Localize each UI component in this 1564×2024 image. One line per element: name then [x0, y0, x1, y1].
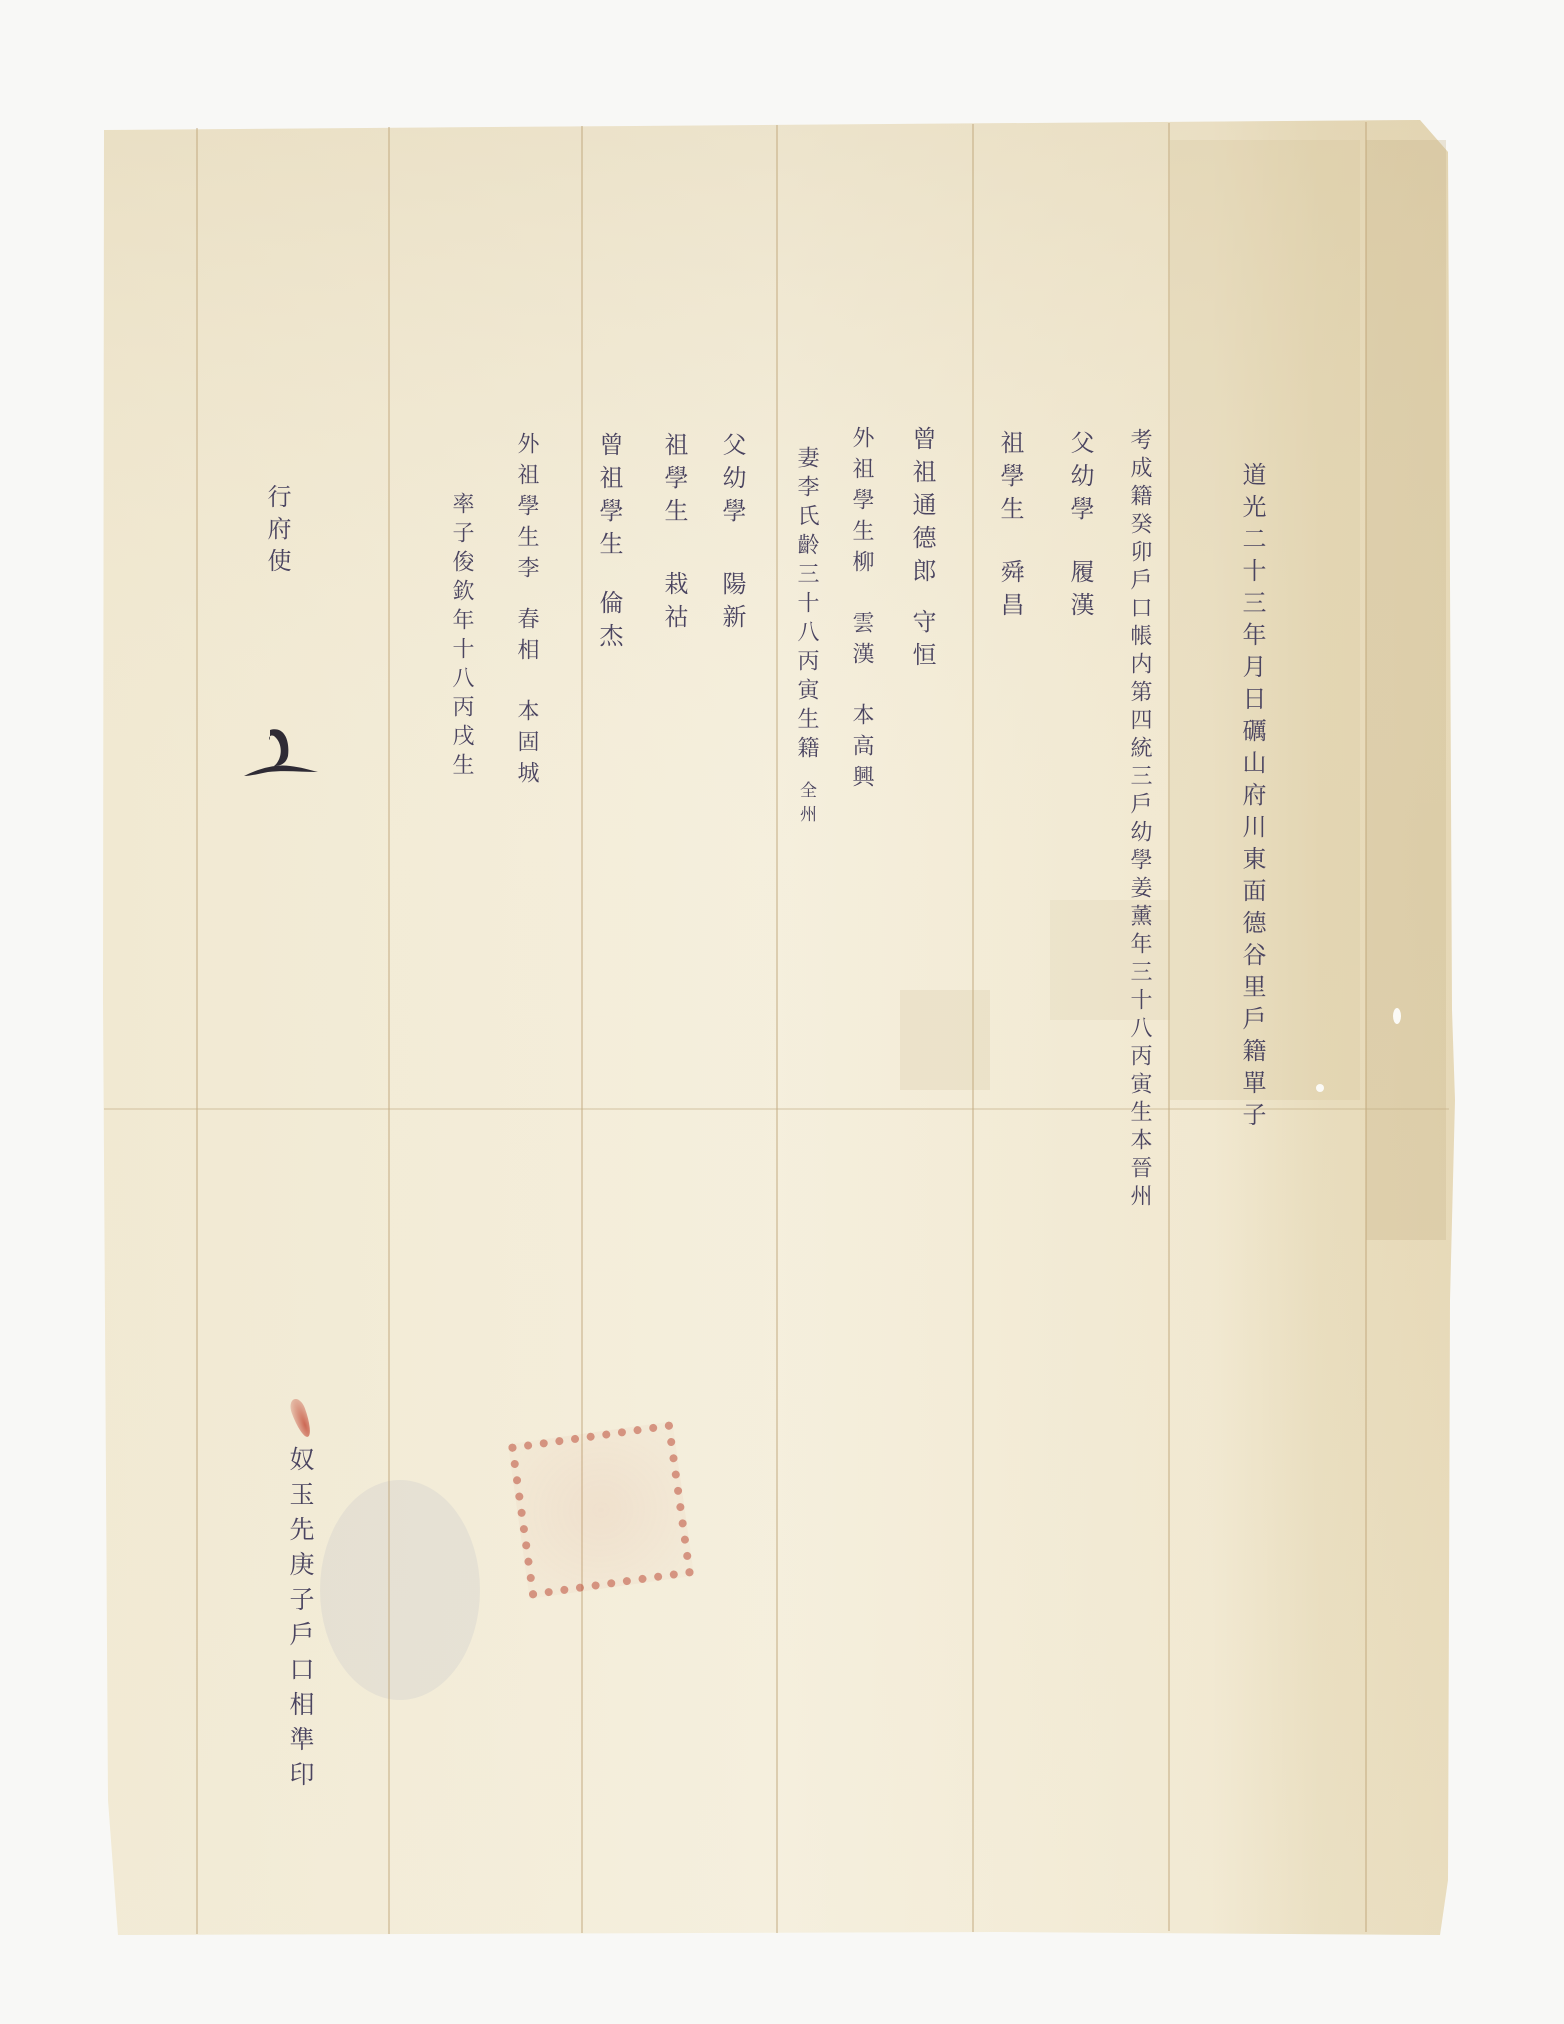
maternal-grandfather-origin: 本高興 [849, 703, 874, 796]
grandfather-label: 祖學生 [996, 430, 1024, 529]
wife-grandfather-name: 栽祜 [660, 571, 688, 637]
wife-father-name: 陽新 [718, 571, 746, 637]
father-column: 父幼學履漢 [1068, 430, 1092, 625]
header-column: 道光二十三年月日礪山府川東面德谷里戶籍單子 [1240, 462, 1264, 1134]
fold-line [1365, 122, 1367, 1932]
official-seal [508, 1421, 694, 1599]
document-paper: 道光二十三年月日礪山府川東面德谷里戶籍單子 考成籍癸卯戶口帳内第四統三戶幼學姜薰… [0, 0, 1564, 2024]
maternal-grandfather-label: 外祖學生柳 [849, 426, 874, 581]
grandfather-column: 祖學生舜昌 [998, 430, 1022, 625]
fold-line [776, 125, 778, 1933]
wife-grandfather-label: 祖學生 [660, 432, 688, 531]
grandfather-name: 舜昌 [996, 559, 1024, 625]
maternal-grandfather-column: 外祖學生柳雲漢本高興 [850, 426, 872, 796]
wife-maternal-grandfather-name: 春相 [514, 607, 539, 669]
father-label: 父幼學 [1066, 430, 1094, 529]
wife-maternal-grandfather-column: 外祖學生李春相本固城 [515, 432, 537, 792]
wife-maternal-grandfather-origin: 本固城 [514, 699, 539, 792]
fold-line [972, 124, 974, 1932]
fold-line [581, 126, 583, 1933]
great-grandfather-column: 曾祖通德郎守恒 [910, 426, 934, 675]
wife-great-grandfather-name: 倫杰 [595, 590, 623, 656]
wife-great-grandfather-column: 曾祖學生倫杰 [597, 432, 621, 656]
wife-father-column: 父幼學陽新 [720, 432, 744, 637]
footer-column: 奴玉先庚子戶口相準印 [288, 1446, 313, 1796]
wife-origin: 全州 [796, 781, 816, 829]
great-grandfather-label: 曾祖通德郎 [908, 426, 936, 591]
wife-maternal-grandfather-label: 外祖學生李 [514, 432, 539, 587]
father-name: 履漢 [1066, 559, 1094, 625]
wife-great-grandfather-label: 曾祖學生 [595, 432, 623, 564]
fold-line [388, 127, 390, 1934]
householder-column: 考成籍癸卯戶口帳内第四統三戶幼學姜薰年三十八丙寅生本晉州 [1128, 428, 1150, 1212]
wife-column: 妻李氏齡三十八丙寅生籍全州 [795, 446, 817, 829]
son-column: 率子俊欽年十八丙戌生 [450, 492, 472, 782]
great-grandfather-name: 守恒 [908, 609, 936, 675]
wife-text: 妻李氏齡三十八丙寅生籍 [794, 446, 819, 765]
official-title-column: 行府使 [265, 484, 289, 580]
wife-father-label: 父幼學 [718, 432, 746, 531]
fold-line [196, 128, 198, 1934]
official-signature-mark [240, 720, 320, 780]
wife-grandfather-column: 祖學生栽祜 [662, 432, 686, 637]
fold-line [1168, 123, 1170, 1931]
paper-background [0, 0, 1564, 2024]
maternal-grandfather-name: 雲漢 [849, 611, 874, 673]
